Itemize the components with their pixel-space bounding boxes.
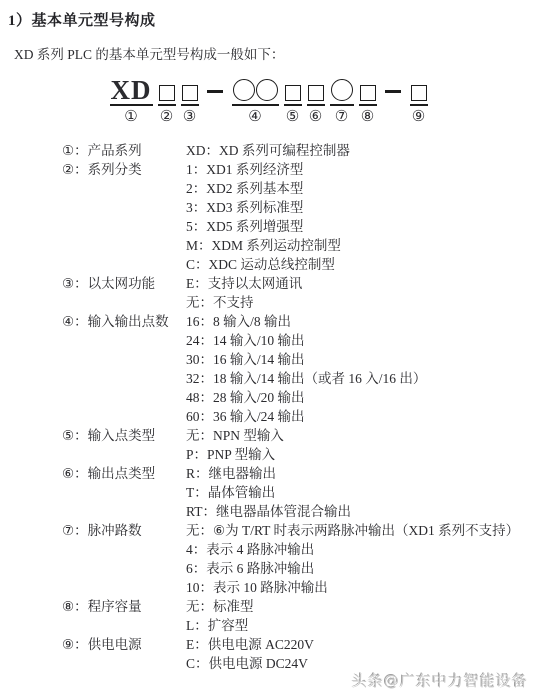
square-placeholder-shape bbox=[159, 85, 175, 101]
square-placeholder-shape bbox=[308, 85, 324, 101]
position-number-label: ① bbox=[124, 109, 137, 124]
legend-section: ②：系列分类1：XD1 系列经济型2：XD2 系列基本型3：XD3 系列标准型5… bbox=[62, 160, 537, 274]
square-placeholder bbox=[410, 76, 428, 106]
diagram-position-group: ⑦ bbox=[330, 76, 354, 124]
legend-definition-line: R：继电器输出 bbox=[186, 464, 537, 483]
position-number-label: ⑤ bbox=[286, 109, 299, 124]
legend-term: ④：输入输出点数 bbox=[62, 312, 186, 426]
legend-definition-line: 无：⑥为 T/RT 时表示两路脉冲输出（XD1 系列不支持） bbox=[186, 521, 537, 540]
legend-term: ②：系列分类 bbox=[62, 160, 186, 274]
circle-placeholder-shape bbox=[233, 79, 255, 101]
legend-definition-line: 30：16 输入/14 输出 bbox=[186, 350, 537, 369]
legend-definitions: 无：NPN 型输入P：PNP 型输入 bbox=[186, 426, 537, 464]
legend-definitions: R：继电器输出T：晶体管输出RT：继电器晶体管混合输出 bbox=[186, 464, 537, 521]
diagram-position-group: ⑧ bbox=[359, 76, 377, 124]
legend-definition-line: C：XDC 运动总线控制型 bbox=[186, 255, 537, 274]
legend-section: ⑤：输入点类型无：NPN 型输入P：PNP 型输入 bbox=[62, 426, 537, 464]
square-placeholder-shape bbox=[182, 85, 198, 101]
legend-definition-line: E：支持以太网通讯 bbox=[186, 274, 537, 293]
legend-definitions: E：支持以太网通讯无：不支持 bbox=[186, 274, 537, 312]
legend-term: ⑤：输入点类型 bbox=[62, 426, 186, 464]
legend-definition-line: XD：XD 系列可编程控制器 bbox=[186, 141, 537, 160]
square-placeholder bbox=[284, 76, 302, 106]
legend-definition-line: 无：不支持 bbox=[186, 293, 537, 312]
series-prefix-underlined: XD bbox=[110, 76, 153, 106]
legend-definition-line: P：PNP 型输入 bbox=[186, 445, 537, 464]
document-page: 1）基本单元型号构成 XD 系列 PLC 的基本单元型号构成一般如下： XD①②… bbox=[0, 0, 537, 698]
square-placeholder bbox=[181, 76, 199, 106]
legend-definition-line: RT：继电器晶体管混合输出 bbox=[186, 502, 537, 521]
dash-separator bbox=[207, 90, 223, 93]
legend-term: ⑨：供电电源 bbox=[62, 635, 186, 673]
legend-section: ⑦：脉冲路数无：⑥为 T/RT 时表示两路脉冲输出（XD1 系列不支持）4：表示… bbox=[62, 521, 537, 597]
square-placeholder bbox=[158, 76, 176, 106]
legend-definition-line: 无：NPN 型输入 bbox=[186, 426, 537, 445]
legend-definitions: 16：8 输入/8 输出24：14 输入/10 输出30：16 输入/14 输出… bbox=[186, 312, 537, 426]
position-number-label: ④ bbox=[248, 109, 261, 124]
page-title: 1）基本单元型号构成 bbox=[0, 0, 537, 30]
legend-term: ③：以太网功能 bbox=[62, 274, 186, 312]
square-placeholder bbox=[307, 76, 325, 106]
diagram-position-group: ④ bbox=[232, 76, 279, 124]
legend-definitions: 无：标准型L：扩容型 bbox=[186, 597, 537, 635]
square-placeholder bbox=[359, 76, 377, 106]
legend-definitions: 1：XD1 系列经济型2：XD2 系列基本型3：XD3 系列标准型5：XD5 系… bbox=[186, 160, 537, 274]
diagram-position-group: ③ bbox=[181, 76, 199, 124]
square-placeholder-shape bbox=[285, 85, 301, 101]
watermark-text: 头条@广东中力智能设备 bbox=[352, 670, 528, 691]
circle-placeholder-shape bbox=[256, 79, 278, 101]
legend-definition-line: 2：XD2 系列基本型 bbox=[186, 179, 537, 198]
diagram-position-group: ⑥ bbox=[307, 76, 325, 124]
square-placeholder-shape bbox=[360, 85, 376, 101]
position-number-label: ⑦ bbox=[335, 109, 348, 124]
legend-definition-line: 10：表示 10 路脉冲输出 bbox=[186, 578, 537, 597]
legend-definition-line: 5：XD5 系列增强型 bbox=[186, 217, 537, 236]
legend-section: ⑧：程序容量无：标准型L：扩容型 bbox=[62, 597, 537, 635]
legend-definition-line: 32：18 输入/14 输出（或者 16 入/16 出） bbox=[186, 369, 537, 388]
legend-section: ⑨：供电电源E：供电电源 AC220VC：供电电源 DC24V bbox=[62, 635, 537, 673]
legend-definition-line: M：XDM 系列运动控制型 bbox=[186, 236, 537, 255]
diagram-position-group: ⑨ bbox=[410, 76, 428, 124]
legend-definition-line: L：扩容型 bbox=[186, 616, 537, 635]
legend-section: ③：以太网功能E：支持以太网通讯无：不支持 bbox=[62, 274, 537, 312]
legend-definition-line: 1：XD1 系列经济型 bbox=[186, 160, 537, 179]
legend-term: ①：产品系列 bbox=[62, 141, 186, 160]
legend-definition-line: 60：36 输入/24 输出 bbox=[186, 407, 537, 426]
legend-definition-line: 48：28 输入/20 输出 bbox=[186, 388, 537, 407]
legend-term: ⑥：输出点类型 bbox=[62, 464, 186, 521]
diagram-position-group: ⑤ bbox=[284, 76, 302, 124]
legend-definitions: 无：⑥为 T/RT 时表示两路脉冲输出（XD1 系列不支持）4：表示 4 路脉冲… bbox=[186, 521, 537, 597]
legend-definition-line: 24：14 输入/10 输出 bbox=[186, 331, 537, 350]
legend-list: ①：产品系列XD：XD 系列可编程控制器②：系列分类1：XD1 系列经济型2：X… bbox=[62, 141, 537, 673]
position-number-label: ⑨ bbox=[412, 109, 425, 124]
legend-section: ⑥：输出点类型R：继电器输出T：晶体管输出RT：继电器晶体管混合输出 bbox=[62, 464, 537, 521]
legend-definition-line: T：晶体管输出 bbox=[186, 483, 537, 502]
legend-definition-line: E：供电电源 AC220V bbox=[186, 635, 537, 654]
position-number-label: ⑧ bbox=[361, 109, 374, 124]
legend-definition-line: 无：标准型 bbox=[186, 597, 537, 616]
position-number-label: ② bbox=[160, 109, 173, 124]
square-placeholder-shape bbox=[411, 85, 427, 101]
legend-definition-line: 16：8 输入/8 输出 bbox=[186, 312, 537, 331]
position-number-label: ⑥ bbox=[309, 109, 322, 124]
double-circle-placeholder bbox=[232, 76, 279, 106]
series-prefix-text: XD bbox=[111, 79, 152, 101]
legend-definition-line: 4：表示 4 路脉冲输出 bbox=[186, 540, 537, 559]
legend-section: ①：产品系列XD：XD 系列可编程控制器 bbox=[62, 141, 537, 160]
model-number-diagram: XD①②③④⑤⑥⑦⑧⑨ bbox=[0, 76, 537, 128]
intro-text: XD 系列 PLC 的基本单元型号构成一般如下： bbox=[0, 30, 537, 63]
legend-definition-line: 3：XD3 系列标准型 bbox=[186, 198, 537, 217]
dash-separator bbox=[385, 90, 401, 93]
position-number-label: ③ bbox=[183, 109, 196, 124]
circle-placeholder bbox=[330, 76, 354, 106]
legend-definitions: XD：XD 系列可编程控制器 bbox=[186, 141, 537, 160]
legend-definitions: E：供电电源 AC220VC：供电电源 DC24V bbox=[186, 635, 537, 673]
legend-term: ⑦：脉冲路数 bbox=[62, 521, 186, 597]
diagram-position-group: XD① bbox=[110, 76, 153, 124]
circle-placeholder-shape bbox=[331, 79, 353, 101]
legend-term: ⑧：程序容量 bbox=[62, 597, 186, 635]
legend-section: ④：输入输出点数16：8 输入/8 输出24：14 输入/10 输出30：16 … bbox=[62, 312, 537, 426]
legend-definition-line: 6：表示 6 路脉冲输出 bbox=[186, 559, 537, 578]
diagram-position-group: ② bbox=[158, 76, 176, 124]
